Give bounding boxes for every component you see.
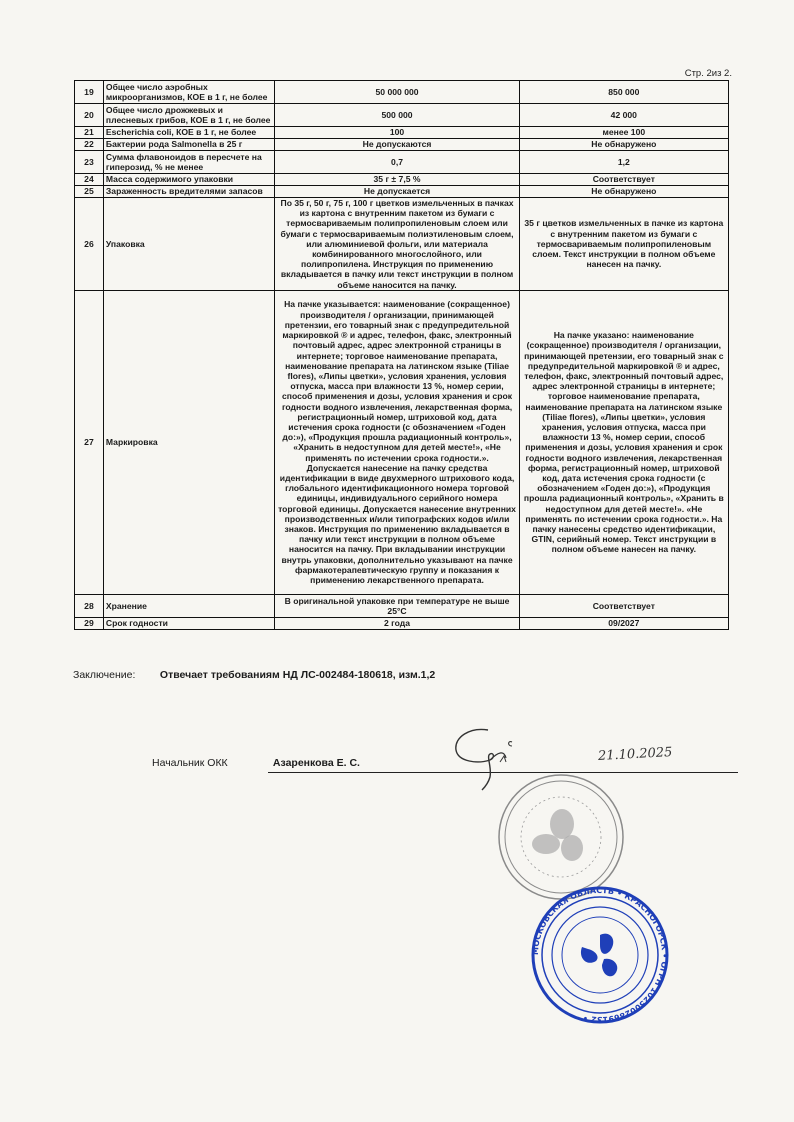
row-number: 20	[75, 104, 104, 127]
parameter-name: Упаковка	[103, 198, 274, 291]
page-number: Стр. 2из 2.	[685, 68, 732, 79]
requirement-cell: На пачке указывается: наименование (сокр…	[275, 290, 519, 594]
table-row: 22 Бактерии рода Salmonella в 25 г Не до…	[75, 139, 729, 151]
parameter-name: Сумма флавоноидов в пересчете на гипероз…	[103, 151, 274, 174]
table-row: 24 Масса содержимого упаковки 35 г ± 7,5…	[75, 174, 729, 186]
handwritten-date: 21.10.2025	[598, 745, 673, 764]
result-cell: менее 100	[519, 127, 728, 139]
result-cell: Не обнаружено	[519, 139, 728, 151]
row-number: 25	[75, 186, 104, 198]
conclusion-text: Отвечает требованиям НД ЛС-002484-180618…	[160, 669, 435, 681]
table-row: 28 Хранение В оригинальной упаковке при …	[75, 594, 729, 617]
result-cell: 1,2	[519, 151, 728, 174]
specification-table: 19 Общее число аэробных микроорганизмов,…	[74, 80, 729, 630]
row-number: 27	[75, 290, 104, 594]
parameter-name: Маркировка	[103, 290, 274, 594]
requirement-cell: 100	[275, 127, 519, 139]
conclusion: Заключение: Отвечает требованиям НД ЛС-0…	[73, 669, 435, 681]
requirement-cell: Не допускается	[275, 186, 519, 198]
result-cell: 35 г цветков измельченных в пачке из кар…	[519, 198, 728, 291]
row-number: 28	[75, 594, 104, 617]
result-cell: 850 000	[519, 81, 728, 104]
table-row: 26 Упаковка По 35 г, 50 г, 75 г, 100 г ц…	[75, 198, 729, 291]
parameter-name: Зараженность вредителями запасов	[103, 186, 274, 198]
company-seal-icon: МОСКОВСКАЯ ОБЛАСТЬ • КРАСНОГОРСК • ОГРН …	[530, 885, 670, 1030]
table-row: 27 Маркировка На пачке указывается: наим…	[75, 290, 729, 594]
result-cell: Соответствует	[519, 594, 728, 617]
requirement-cell: В оригинальной упаковке при температуре …	[275, 594, 519, 617]
row-number: 24	[75, 174, 104, 186]
requirement-cell: 50 000 000	[275, 81, 519, 104]
requirement-cell: 2 года	[275, 617, 519, 629]
row-number: 21	[75, 127, 104, 139]
parameter-name: Хранение	[103, 594, 274, 617]
signer-position: Начальник ОКК	[152, 757, 270, 769]
table-row: 21 Escherichia coli, КОЕ в 1 г, не более…	[75, 127, 729, 139]
result-cell: 42 000	[519, 104, 728, 127]
row-number: 23	[75, 151, 104, 174]
parameter-name: Escherichia coli, КОЕ в 1 г, не более	[103, 127, 274, 139]
requirement-cell: 35 г ± 7,5 %	[275, 174, 519, 186]
row-number: 26	[75, 198, 104, 291]
table-row: 19 Общее число аэробных микроорганизмов,…	[75, 81, 729, 104]
parameter-name: Масса содержимого упаковки	[103, 174, 274, 186]
table-row: 23 Сумма флавоноидов в пересчете на гипе…	[75, 151, 729, 174]
result-cell: Соответствует	[519, 174, 728, 186]
parameter-name: Общее число аэробных микроорганизмов, КО…	[103, 81, 274, 104]
signer-name: Азаренкова Е. С.	[273, 757, 360, 769]
requirement-cell: Не допускаются	[275, 139, 519, 151]
row-number: 19	[75, 81, 104, 104]
table-row: 20 Общее число дрожжевых и плесневых гри…	[75, 104, 729, 127]
parameter-name: Бактерии рода Salmonella в 25 г	[103, 139, 274, 151]
table-row: 29 Срок годности 2 года 09/2027	[75, 617, 729, 629]
requirement-cell: 0,7	[275, 151, 519, 174]
parameter-name: Общее число дрожжевых и плесневых грибов…	[103, 104, 274, 127]
row-number: 29	[75, 617, 104, 629]
signature-block: Начальник ОКК Азаренкова Е. С.	[152, 757, 360, 769]
table-row: 25 Зараженность вредителями запасов Не д…	[75, 186, 729, 198]
requirement-cell: По 35 г, 50 г, 75 г, 100 г цветков измел…	[275, 198, 519, 291]
conclusion-label: Заключение:	[73, 669, 157, 681]
result-cell: На пачке указано: наименование (сокращен…	[519, 290, 728, 594]
row-number: 22	[75, 139, 104, 151]
requirement-cell: 500 000	[275, 104, 519, 127]
parameter-name: Срок годности	[103, 617, 274, 629]
result-cell: Не обнаружено	[519, 186, 728, 198]
result-cell: 09/2027	[519, 617, 728, 629]
